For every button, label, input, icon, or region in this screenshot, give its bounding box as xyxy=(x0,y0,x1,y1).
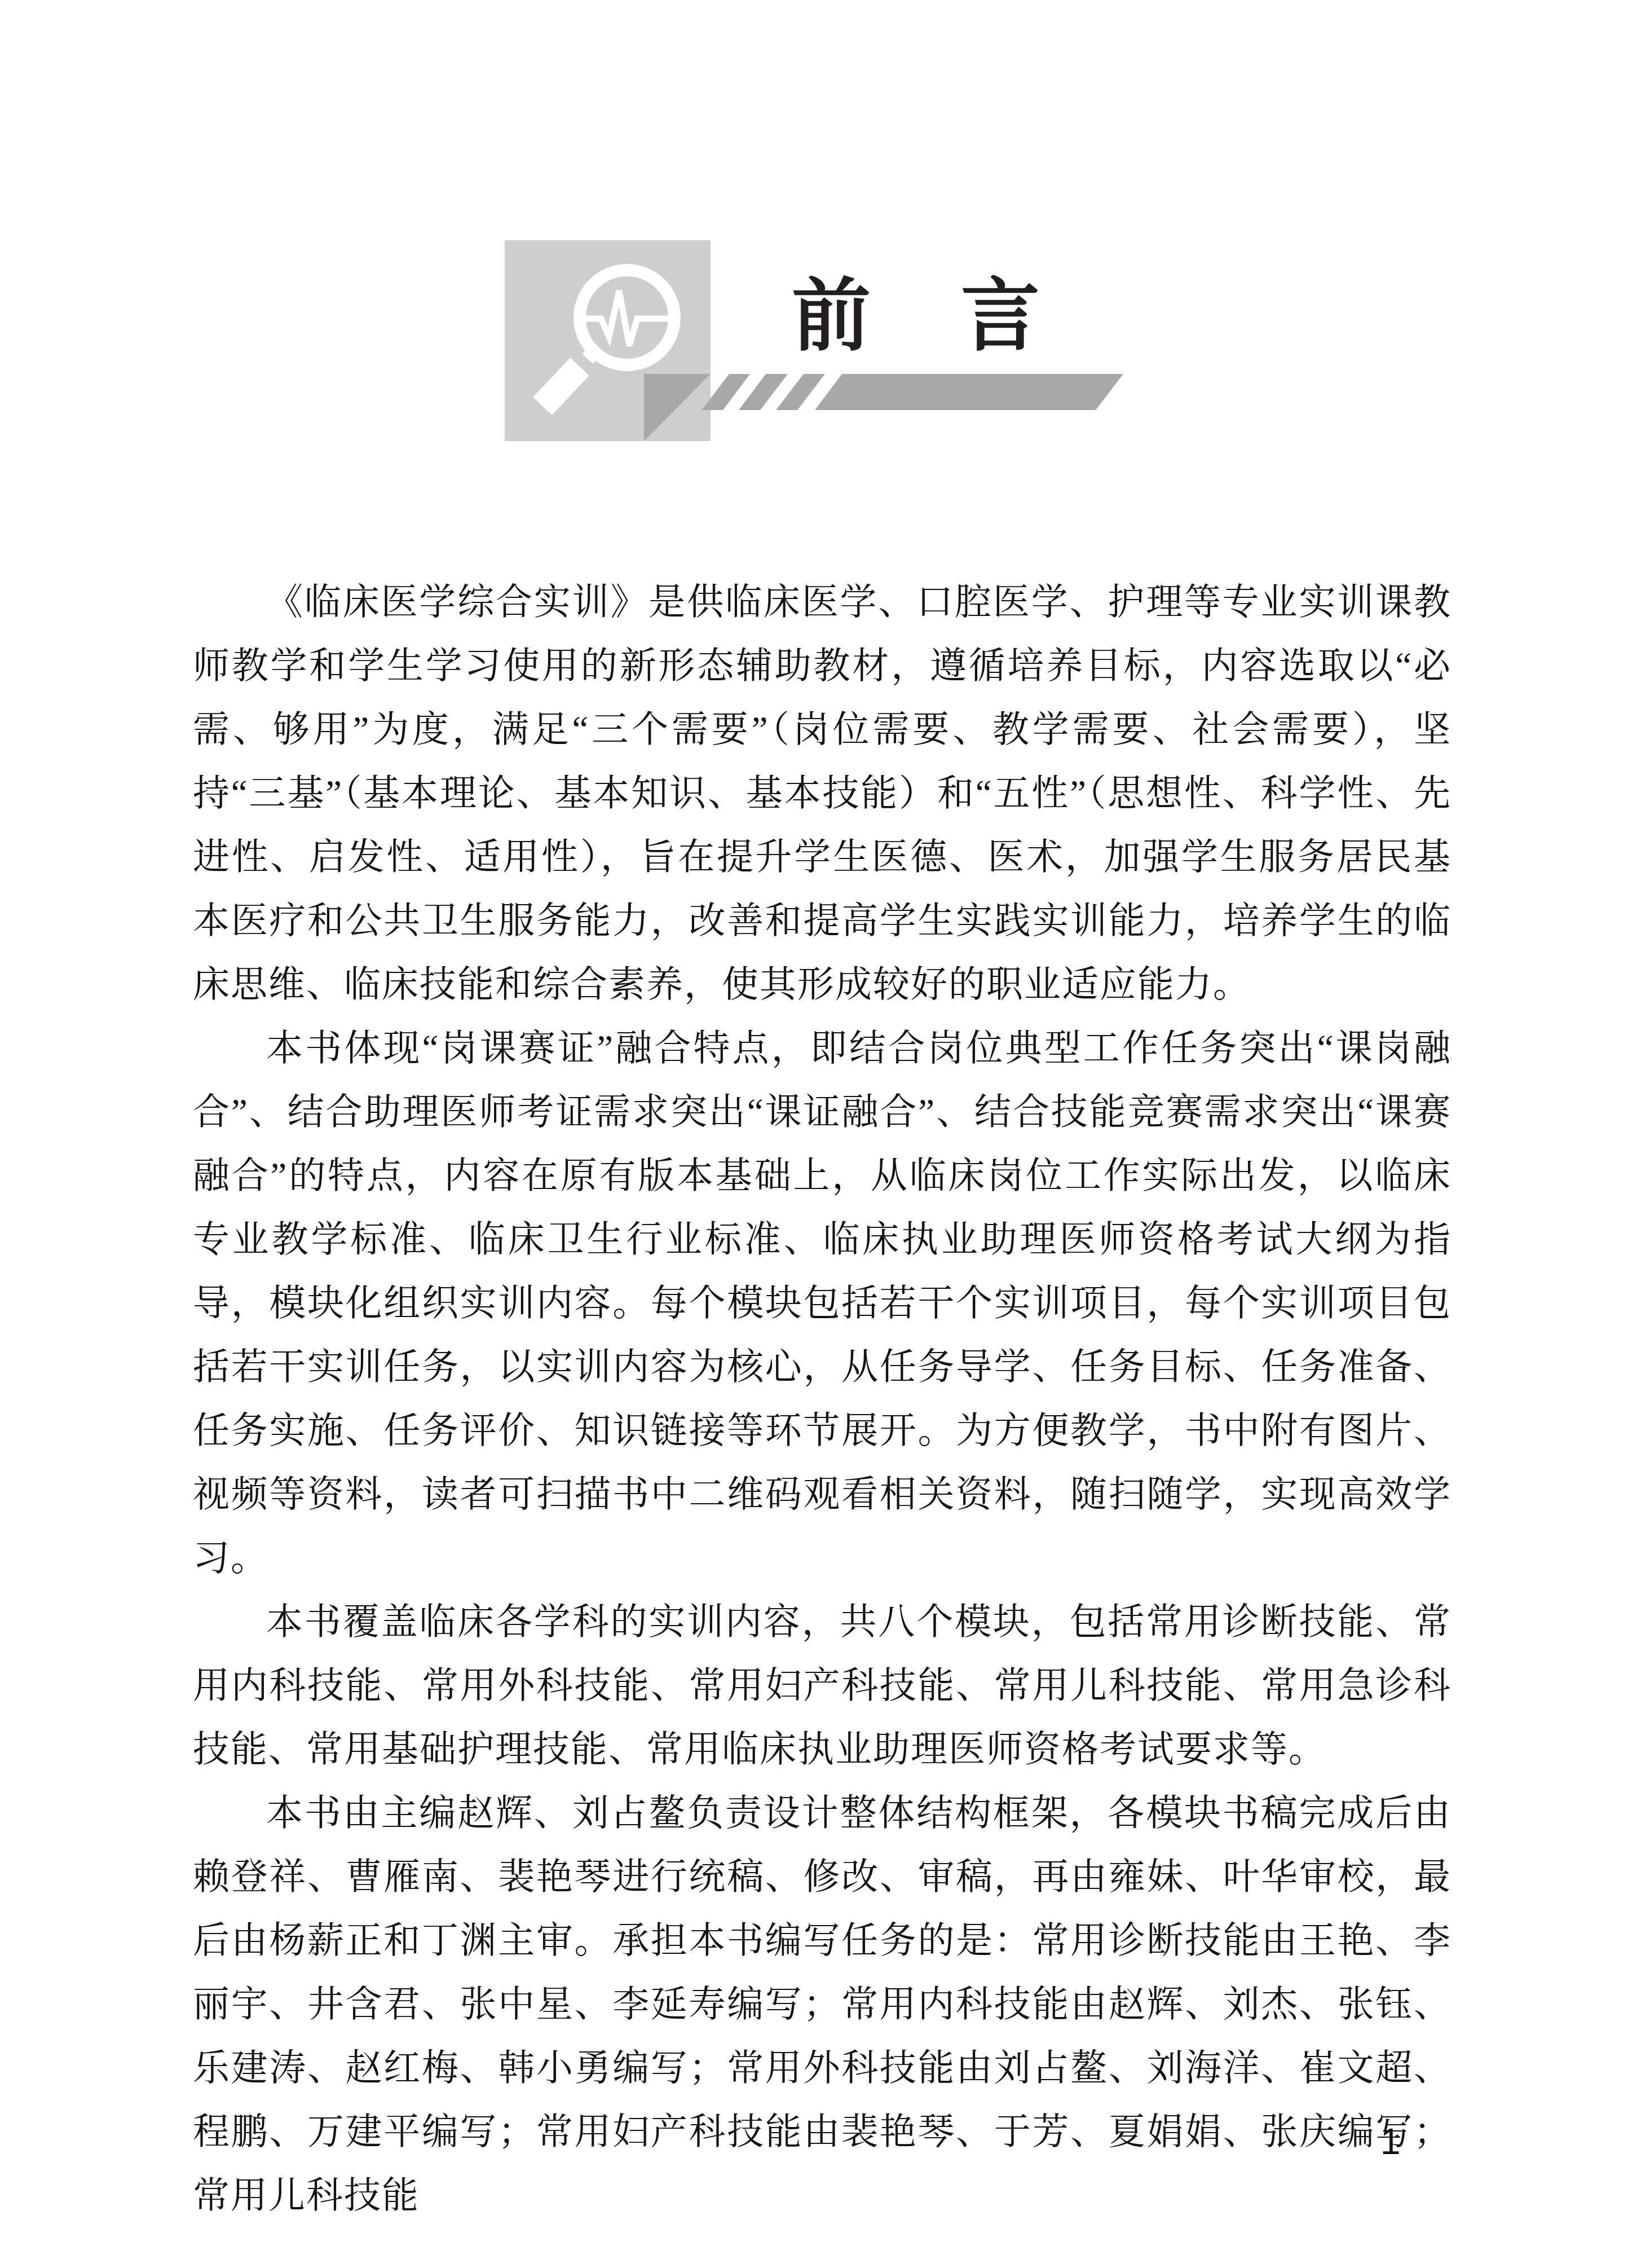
page-number: 1 xyxy=(1380,2122,1401,2161)
page-title: 前言 xyxy=(792,278,1130,356)
preface-paragraph: 本书覆盖临床各学科的实训内容，共八个模块，包括常用诊断技能、常用内科技能、常用外… xyxy=(193,1591,1451,1782)
preface-body: 《临床医学综合实训》是供临床医学、口腔医学、护理等专业实训课教师教学和学生学习使… xyxy=(193,571,1451,2228)
preface-paragraph: 本书体现“岗课赛证”融合特点，即结合岗位典型工作任务突出“课岗融合”、结合助理医… xyxy=(193,1017,1451,1591)
preface-paragraph: 《临床医学综合实训》是供临床医学、口腔医学、护理等专业实训课教师教学和学生学习使… xyxy=(193,571,1451,1017)
preface-paragraph: 本书由主编赵辉、刘占鳌负责设计整体结构框架，各模块书稿完成后由赖登祥、曹雁南、裴… xyxy=(193,1782,1451,2228)
banner-bar xyxy=(815,374,1123,410)
preface-page: 前言 《临床医学综合实训》是供临床医学、口腔医学、护理等专业实训课教师教学和学生… xyxy=(0,0,1628,2268)
